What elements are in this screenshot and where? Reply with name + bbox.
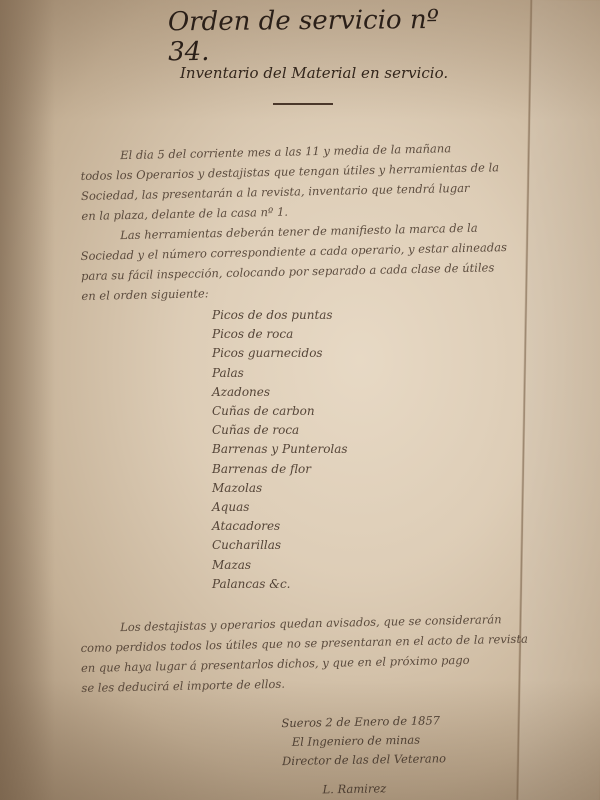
list-item: Picos de roca <box>212 325 432 344</box>
list-item: Aquas <box>212 498 432 517</box>
list-item: Barrenas de flor <box>212 460 432 479</box>
paragraph-warning: Los destajistas y operarios quedan avisa… <box>80 608 537 698</box>
list-item: Cuñas de carbon <box>212 402 432 421</box>
list-item: Cucharillas <box>212 536 432 555</box>
list-item: Cuñas de roca <box>212 421 432 440</box>
list-item: Palancas &c. <box>212 575 432 594</box>
list-item: Barrenas y Punterolas <box>212 440 432 459</box>
list-item: Azadones <box>212 383 432 402</box>
signature-block: Sueros 2 de Enero de 1857 El Ingeniero d… <box>281 710 522 800</box>
signer-name: L. Ramirez <box>282 767 522 800</box>
document-title: Orden de servicio nº 34. <box>168 5 469 68</box>
list-item: Picos guarnecidos <box>212 344 432 363</box>
tool-list: Picos de dos puntas Picos de roca Picos … <box>212 306 432 594</box>
document-subtitle: Inventario del Material en servicio. <box>180 64 480 82</box>
title-underline <box>273 103 333 105</box>
list-item: Atacadores <box>212 517 432 536</box>
paragraph-instructions: Las herramientas deberán tener de manifi… <box>80 217 522 306</box>
list-item: Picos de dos puntas <box>212 306 432 325</box>
paragraph-announcement: El dia 5 del corriente mes a las 11 y me… <box>80 137 522 226</box>
list-item: Mazas <box>212 556 432 575</box>
list-item: Palas <box>212 364 432 383</box>
list-item: Mazolas <box>212 479 432 498</box>
